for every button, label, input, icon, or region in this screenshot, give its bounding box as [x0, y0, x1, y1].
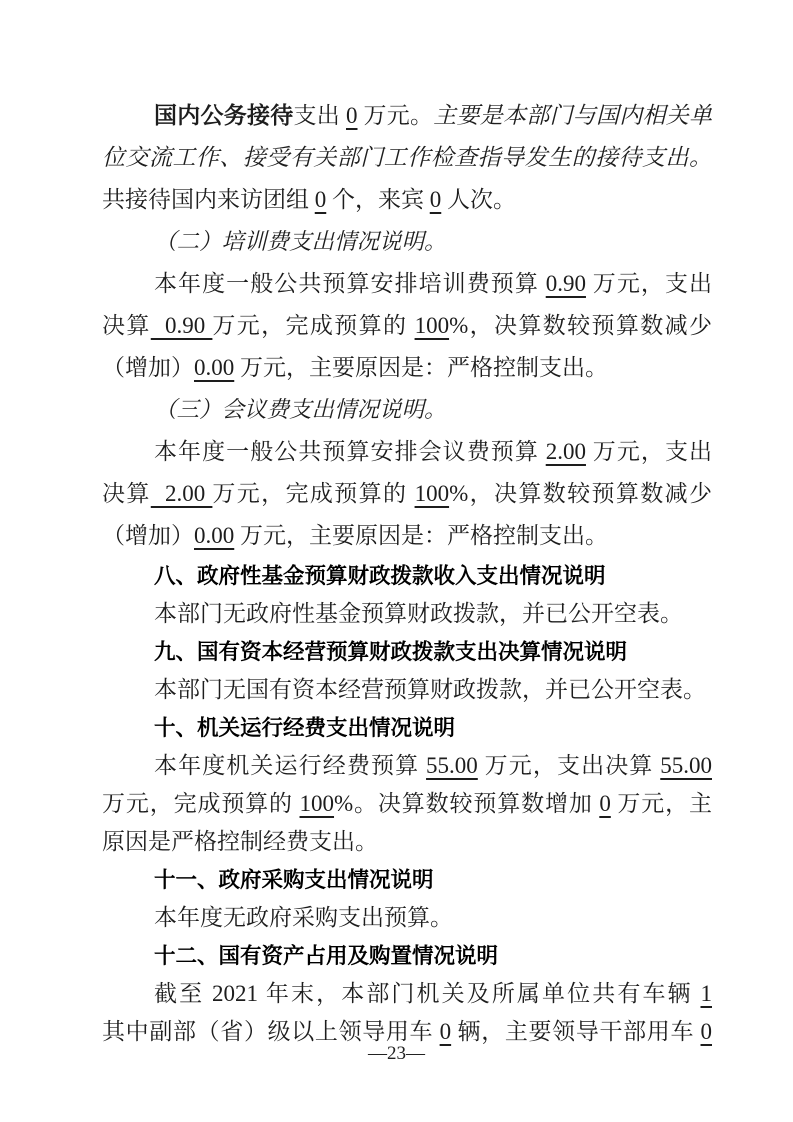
underlined-value: 55.00	[660, 753, 712, 778]
heading-11-procurement: 十一、政府采购支出情况说明	[102, 861, 712, 899]
text-run: （增加）	[102, 523, 194, 548]
underlined-value: 2.00	[151, 481, 213, 506]
section-block-bottom: 八、政府性基金预算财政拨款收入支出情况说明 本部门无政府性基金预算财政拨款，并已…	[102, 557, 712, 1051]
text-run: （增加）	[102, 355, 194, 380]
underlined-value: 100	[415, 481, 450, 506]
text-run: 本部门无国有资本经营预算财政拨款，并已公开空表。	[154, 677, 706, 702]
text-run: 万元，完成预算的	[212, 481, 414, 506]
text-run: 支出	[294, 103, 347, 128]
para-domestic-reception-line1: 国内公务接待支出 0 万元。主要是本部门与国内相关单	[102, 95, 712, 137]
section-heading-run: 十、机关运行经费支出情况说明	[154, 716, 455, 740]
bold-run: 国内公务接待	[154, 103, 294, 128]
text-run: 本年度一般公共预算安排培训费预算	[154, 271, 546, 296]
underlined-value: 1	[701, 981, 713, 1006]
text-run: %。决算数较预算数增加	[334, 791, 599, 816]
text-run: 其中副部（省）级以上领导用车	[102, 1019, 440, 1044]
text-run: 决算	[102, 313, 151, 338]
subheading-run: （三）会议费支出情况说明。	[154, 397, 447, 422]
text-run: 截至 2021 年末，本部门机关及所属单位共有车辆	[154, 981, 701, 1006]
para-domestic-reception-line3: 共接待国内来访团组 0 个，来宾 0 人次。	[102, 179, 712, 221]
text-run: 万元，主要原因是：严格控制支出。	[234, 523, 608, 548]
text-run: 万元，支出决算	[478, 753, 660, 778]
text-run: 辆，主要领导干部用车	[451, 1019, 700, 1044]
text-run: 万元。	[358, 103, 434, 128]
text-run: 本年度机关运行经费预算	[154, 753, 426, 778]
text-run: 本年度无政府采购支出预算。	[154, 905, 453, 930]
underlined-value: 0.00	[194, 523, 234, 548]
section-heading-run: 十一、政府采购支出情况说明	[154, 868, 434, 892]
page-number: —23—	[0, 1042, 793, 1066]
underlined-value: 0.90	[546, 271, 586, 296]
underlined-value: 0	[701, 1019, 712, 1044]
document-page: 国内公务接待支出 0 万元。主要是本部门与国内相关单 位交流工作、接受有关部门工…	[0, 0, 793, 1122]
text-run: %，决算数较预算数减少	[449, 313, 712, 338]
text-run: 个，来宾	[326, 187, 430, 212]
underlined-value: 100	[415, 313, 450, 338]
kaiti-run: 主要是本部门与国内相关单	[433, 103, 712, 128]
text-run: 共接待国内来访团组	[102, 187, 315, 212]
subheading-meeting-fee: （三）会议费支出情况说明。	[102, 389, 712, 431]
para-training-fee-line2: 决算 0.90 万元，完成预算的 100%，决算数较预算数减少	[102, 305, 712, 347]
para-meeting-fee-line2: 决算 2.00 万元，完成预算的 100%，决算数较预算数减少	[102, 473, 712, 515]
text-run: 本部门无政府性基金预算财政拨款，并已公开空表。	[154, 601, 683, 626]
para-state-assets-line1: 截至 2021 年末，本部门机关及所属单位共有车辆 1 辆，	[102, 975, 712, 1013]
para-meeting-fee-line3: （增加）0.00 万元，主要原因是：严格控制支出。	[102, 515, 712, 557]
underlined-value: 0	[315, 187, 327, 212]
section-heading-run: 九、国有资本经营预算财政拨款支出决算情况说明	[154, 640, 627, 664]
heading-12-state-assets: 十二、国有资产占用及购置情况说明	[102, 937, 712, 975]
text-run: %，决算数较预算数减少	[449, 481, 712, 506]
section-heading-run: 十二、国有资产占用及购置情况说明	[154, 944, 498, 968]
text-run: 万元，主要原因是：严格控制支出。	[234, 355, 608, 380]
underlined-value: 55.00	[426, 753, 478, 778]
underlined-value: 0	[430, 187, 442, 212]
text-run: 万元，支出	[586, 271, 712, 296]
underlined-value: 0	[440, 1019, 452, 1044]
para-training-fee-line1: 本年度一般公共预算安排培训费预算 0.90 万元，支出	[102, 263, 712, 305]
para-operating-expense-line3: 原因是严格控制经费支出。	[102, 823, 712, 861]
text-run: 万元，完成预算的	[102, 791, 300, 816]
text-run: 原因是严格控制经费支出。	[102, 829, 378, 854]
para-gov-fund: 本部门无政府性基金预算财政拨款，并已公开空表。	[102, 595, 712, 633]
underlined-value: 0.90	[151, 313, 213, 338]
subheading-run: （二）培训费支出情况说明。	[154, 229, 447, 254]
subheading-training-fee: （二）培训费支出情况说明。	[102, 221, 712, 263]
underlined-value: 0.00	[194, 355, 234, 380]
para-procurement: 本年度无政府采购支出预算。	[102, 899, 712, 937]
para-state-capital: 本部门无国有资本经营预算财政拨款，并已公开空表。	[102, 671, 712, 709]
heading-9-state-capital: 九、国有资本经营预算财政拨款支出决算情况说明	[102, 633, 712, 671]
text-run: 决算	[102, 481, 151, 506]
heading-8-gov-fund: 八、政府性基金预算财政拨款收入支出情况说明	[102, 557, 712, 595]
para-operating-expense-line2: 万元，完成预算的 100%。决算数较预算数增加 0 万元，主要	[102, 785, 712, 823]
section-heading-run: 八、政府性基金预算财政拨款收入支出情况说明	[154, 564, 606, 588]
underlined-value: 2.00	[546, 439, 586, 464]
text-run: 本年度一般公共预算安排会议费预算	[154, 439, 546, 464]
para-training-fee-line3: （增加）0.00 万元，主要原因是：严格控制支出。	[102, 347, 712, 389]
text-run: 人次。	[441, 187, 516, 212]
document-body: 国内公务接待支出 0 万元。主要是本部门与国内相关单 位交流工作、接受有关部门工…	[102, 95, 712, 1051]
underlined-value: 0	[599, 791, 611, 816]
para-meeting-fee-line1: 本年度一般公共预算安排会议费预算 2.00 万元，支出	[102, 431, 712, 473]
underlined-value: 0	[346, 103, 358, 128]
heading-10-operating-expense: 十、机关运行经费支出情况说明	[102, 709, 712, 747]
text-run: 万元，支出	[586, 439, 712, 464]
kaiti-run: 位交流工作、接受有关部门工作检查指导发生的接待支出。	[102, 145, 712, 170]
text-run: 万元，完成预算的	[212, 313, 414, 338]
para-domestic-reception-line2: 位交流工作、接受有关部门工作检查指导发生的接待支出。	[102, 137, 712, 179]
section-block-top: 国内公务接待支出 0 万元。主要是本部门与国内相关单 位交流工作、接受有关部门工…	[102, 95, 712, 557]
para-operating-expense-line1: 本年度机关运行经费预算 55.00 万元，支出决算 55.00	[102, 747, 712, 785]
underlined-value: 100	[300, 791, 335, 816]
